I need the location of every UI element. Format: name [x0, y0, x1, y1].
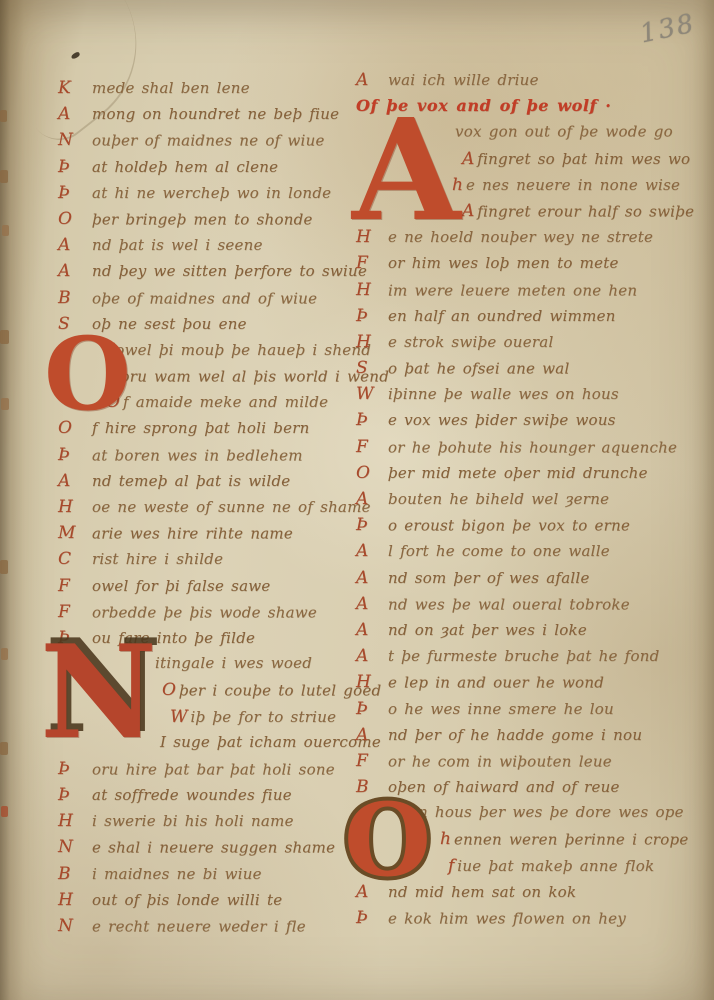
verse-text: at holdeþ hem al clene	[92, 158, 278, 176]
verse-text: e nes neuere in none wise	[466, 176, 680, 194]
line-initial: M	[58, 523, 92, 543]
verse-text: bouten he biheld wel ȝerne	[388, 490, 609, 508]
left-text-column: Kmede shal ben leneAmong on houndret ne …	[58, 78, 358, 942]
verse-text: o þat he ofsei ane wal	[388, 360, 570, 378]
edge-fragment	[1, 648, 8, 660]
verse-line: For he þohute his hounger aquenche	[356, 437, 692, 463]
verse-text: e shal i neuere suggen shame	[92, 839, 335, 857]
verse-text: þer i couþe to lutel goed	[179, 682, 381, 700]
verse-text: l fort he come to one walle	[388, 542, 610, 560]
verse-text: mede shal ben lene	[92, 79, 250, 97]
verse-text: ouþer of maidnes ne of wiue	[92, 132, 325, 150]
verse-line: Al fort he come to one walle	[356, 541, 692, 567]
verse-line: Bi maidnes ne bi wiue	[58, 864, 358, 890]
verse-line: And on ȝat þer wes i loke	[356, 620, 692, 646]
verse-text: or he þohute his hounger aquenche	[388, 438, 677, 456]
verse-text: wai ich wille driue	[388, 71, 539, 89]
line-initial: H	[356, 332, 388, 352]
verse-text: at hi ne wercheþ wo in londe	[92, 184, 331, 202]
line-initial: h	[440, 829, 451, 849]
verse-line: Among on houndret ne beþ fiue	[58, 104, 358, 130]
line-initial: F	[58, 576, 92, 596]
book-gutter-shadow	[0, 0, 46, 1000]
verse-text: at soffrede woundes fiue	[92, 786, 292, 804]
edge-fragment	[2, 225, 9, 236]
line-initial: A	[356, 725, 388, 745]
verse-line: Fowel for þi false sawe	[58, 576, 358, 602]
verse-line: Nouþer of maidnes ne of wiue	[58, 130, 358, 156]
line-initial: A	[462, 149, 474, 169]
verse-text: nd wes þe wal oueral tobroke	[388, 595, 630, 613]
verse-text: im were leuere meten one hen	[388, 281, 637, 299]
verse-line: And þer of he hadde gome i nou	[356, 725, 692, 751]
verse-line: Þe vox wes þider swiþe wous	[356, 410, 692, 436]
verse-text: e strok swiþe oueral	[388, 333, 554, 351]
verse-line: And þey we sitten þerfore to swiue	[58, 261, 358, 287]
verse-text: ennen weren þerinne i crope	[454, 831, 689, 849]
line-initial: A	[356, 541, 388, 561]
edge-fragment	[0, 742, 8, 755]
line-initial: Þ	[58, 157, 92, 177]
verse-text: mong on houndret ne beþ fiue	[92, 105, 339, 123]
drop-cap-n: N	[40, 629, 157, 757]
line-initial: B	[58, 864, 92, 884]
verse-text: o eroust bigon þe vox to erne	[388, 517, 630, 535]
line-initial: Þ	[356, 908, 388, 928]
drop-cap-o: O	[44, 324, 131, 424]
edge-fragment	[0, 110, 7, 122]
line-initial: A	[58, 235, 92, 255]
line-initial: H	[356, 672, 388, 692]
line-initial: H	[58, 811, 92, 831]
verse-text: e lep in and ouer he wond	[388, 674, 604, 692]
verse-line: For him wes loþ men to mete	[356, 253, 692, 279]
manuscript-page: 138 Kmede shal ben leneAmong on houndret…	[0, 0, 714, 1000]
verse-line: At þe furmeste bruche þat he fond	[356, 646, 692, 672]
verse-line: Þat soffrede woundes fiue	[58, 785, 358, 811]
verse-text: f amaide meke and milde	[123, 393, 328, 411]
line-initial: A	[58, 104, 92, 124]
edge-fragment	[1, 806, 8, 817]
verse-text: vox gon out of þe wode go	[455, 123, 673, 141]
line-initial: F	[356, 751, 388, 771]
line-initial: A	[356, 594, 388, 614]
verse-text: nd þat is wel i seene	[92, 236, 263, 254]
line-initial: O	[58, 209, 92, 229]
verse-line: Ne recht neuere weder i fle	[58, 916, 358, 942]
verse-line: He lep in and ouer he wond	[356, 672, 692, 698]
line-initial: N	[58, 130, 92, 150]
verse-text: nd som þer of wes afalle	[388, 569, 590, 587]
line-initial: A	[356, 568, 388, 588]
line-initial: F	[356, 437, 388, 457]
line-initial: H	[58, 497, 92, 517]
verse-text: oru wam wel al þis world i wend	[121, 368, 390, 386]
verse-text: i maidnes ne bi wiue	[92, 865, 262, 883]
line-initial: Þ	[58, 445, 92, 465]
verse-text: e kok him wes flowen on hey	[388, 910, 626, 928]
verse-line: He strok swiþe oueral	[356, 332, 692, 358]
verse-line: Oþer mid mete oþer mid drunche	[356, 463, 692, 489]
verse-line: Þat hi ne wercheþ wo in londe	[58, 183, 358, 209]
verse-line: Hi swerie bi his holi name	[58, 811, 358, 837]
verse-line: Oþer bringeþ men to shonde	[58, 209, 358, 235]
line-initial: A	[356, 646, 388, 666]
line-initial: O	[162, 680, 176, 700]
edge-fragment	[0, 560, 8, 574]
page-edge	[692, 0, 714, 1000]
verse-text: fingret erour half so swiþe	[477, 203, 694, 221]
line-initial: A	[356, 70, 388, 90]
verse-text: þer bringeþ men to shonde	[92, 211, 313, 229]
verse-text: þer mid mete oþer mid drunche	[388, 464, 648, 482]
line-initial: W	[356, 384, 388, 404]
line-initial: A	[58, 471, 92, 491]
verse-text: oe ne weste of sunne ne of shame	[92, 498, 371, 516]
drop-cap-a: A	[352, 101, 461, 241]
verse-text: or he com in wiþouten leue	[388, 752, 612, 770]
verse-line: Þo eroust bigon þe vox to erne	[356, 515, 692, 541]
verse-text: t þe furmeste bruche þat he fond	[388, 647, 660, 665]
verse-line: So þat he ofsei ane wal	[356, 358, 692, 384]
line-initial: S	[356, 358, 388, 378]
verse-line: Kmede shal ben lene	[58, 78, 358, 104]
verse-line: And þat is wel i seene	[58, 235, 358, 261]
line-initial: H	[356, 280, 388, 300]
verse-line: Þat holdeþ hem al clene	[58, 157, 358, 183]
verse-line: Hoe ne weste of sunne ne of shame	[58, 497, 358, 523]
verse-line: Þe kok him wes flowen on hey	[356, 908, 692, 934]
line-initial: F	[356, 253, 388, 273]
verse-text: iþinne þe walle wes on hous	[388, 385, 619, 403]
line-initial: N	[58, 916, 92, 936]
edge-fragment	[1, 398, 9, 410]
verse-text: or him wes loþ men to mete	[388, 254, 619, 272]
verse-line: Þat boren wes in bedlehem	[58, 445, 358, 471]
line-initial: Þ	[58, 785, 92, 805]
verse-text: I suge þat icham ouercome	[160, 733, 381, 751]
folio-number: 138	[637, 9, 698, 50]
verse-line: Hout of þis londe willi te	[58, 890, 358, 916]
verse-text: iþ þe for to striue	[190, 708, 336, 726]
verse-text: at boren wes in bedlehem	[92, 446, 303, 464]
verse-text: fingret so þat him wes wo	[477, 150, 690, 168]
verse-text: owel þi mouþ þe haueþ i shend	[115, 341, 371, 359]
line-initial: Þ	[356, 410, 388, 430]
verse-line: And som þer of wes afalle	[356, 568, 692, 594]
line-initial: A	[356, 489, 388, 509]
verse-text: n hous þer wes þe dore wes ope	[418, 803, 684, 821]
verse-text: rist hire i shilde	[92, 550, 223, 568]
verse-text: e recht neuere weder i fle	[92, 918, 306, 936]
verse-text: iue þat makeþ anne flok	[457, 857, 654, 875]
verse-line: Þo he wes inne smere he lou	[356, 699, 692, 725]
verse-text: en half an oundred wimmen	[388, 307, 616, 325]
drop-cap-o: O	[344, 790, 431, 890]
verse-text: out of þis londe willi te	[92, 891, 282, 909]
verse-line: Ne shal i neuere suggen shame	[58, 837, 358, 863]
line-initial: Þ	[356, 699, 388, 719]
edge-fragment	[0, 330, 9, 344]
verse-text: nd þer of he hadde gome i nou	[388, 726, 642, 744]
verse-text: e vox wes þider swiþe wous	[388, 411, 616, 429]
verse-line: Him were leuere meten one hen	[356, 280, 692, 306]
line-initial: Þ	[356, 515, 388, 535]
line-initial: W	[170, 707, 187, 727]
verse-line: For he com in wiþouten leue	[356, 751, 692, 777]
line-initial: A	[58, 261, 92, 281]
verse-line: Þen half an oundred wimmen	[356, 306, 692, 332]
verse-text: nd þey we sitten þerfore to swiue	[92, 262, 367, 280]
verse-text: nd on ȝat þer wes i loke	[388, 621, 587, 639]
line-initial: Þ	[356, 306, 388, 326]
verse-line: Wiþinne þe walle wes on hous	[356, 384, 692, 410]
line-initial: Þ	[58, 183, 92, 203]
line-initial: f	[448, 856, 454, 876]
verse-line: Boþe of maidnes and of wiue	[58, 288, 358, 314]
verse-line: Abouten he biheld wel ȝerne	[356, 489, 692, 515]
verse-line: Crist hire i shilde	[58, 549, 358, 575]
line-initial: H	[58, 890, 92, 910]
verse-line: And temeþ al þat is wilde	[58, 471, 358, 497]
edge-fragment	[0, 170, 8, 183]
verse-text: itingale i wes woed	[155, 654, 312, 672]
verse-line: And wes þe wal oueral tobroke	[356, 594, 692, 620]
line-initial: K	[58, 78, 92, 98]
line-initial: A	[356, 620, 388, 640]
verse-text: oþe of maidnes and of wiue	[92, 289, 317, 307]
verse-text: arie wes hire rihte name	[92, 525, 293, 543]
line-initial: B	[58, 288, 92, 308]
verse-text: owel for þi false sawe	[92, 577, 271, 595]
verse-line: Marie wes hire rihte name	[58, 523, 358, 549]
line-initial: C	[58, 549, 92, 569]
line-initial: O	[356, 463, 388, 483]
verse-text: i swerie bi his holi name	[92, 812, 294, 830]
line-initial: N	[58, 837, 92, 857]
verse-text: o he wes inne smere he lou	[388, 700, 614, 718]
verse-text: nd temeþ al þat is wilde	[92, 472, 290, 490]
line-initial: A	[462, 201, 474, 221]
